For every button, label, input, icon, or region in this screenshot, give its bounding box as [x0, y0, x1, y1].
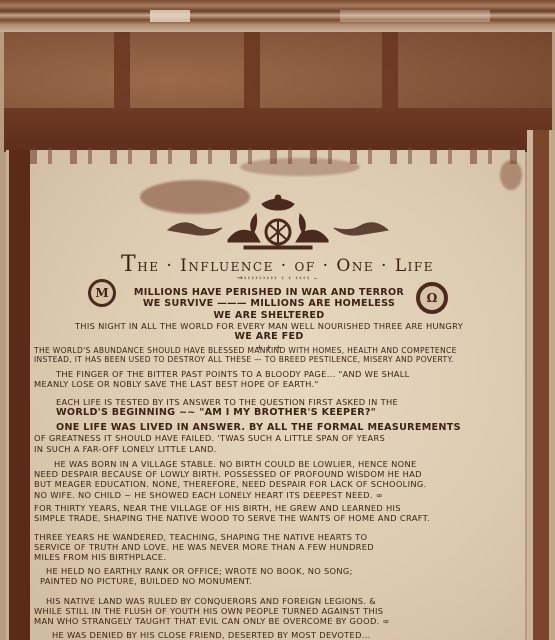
lamp-peacocks-chi-rho-icon — [158, 190, 398, 252]
dark-wall-header — [4, 32, 552, 152]
paragraph-line: world's beginning ~~ "Am I my brother's … — [34, 407, 504, 418]
arrow-rule: →››››››››› ‹ ‹ ‹‹‹‹ – — [0, 274, 555, 282]
paragraph-line: instead, it has been used to destroy all… — [34, 355, 504, 364]
top-frame-strip — [0, 0, 555, 32]
intro-block: Millions have perished in war and terror… — [34, 287, 504, 352]
paragraph: The finger of the bitter past points to … — [34, 369, 504, 389]
paragraph: Each life is tested by its answer to the… — [34, 397, 504, 419]
paragraph-line: One life was lived in answer. By all the… — [34, 422, 504, 433]
paragraph-line: Each life is tested by its answer to the… — [34, 397, 504, 407]
stain — [240, 158, 360, 176]
intro-line: We are sheltered — [34, 310, 504, 321]
paragraph-line: The finger of the bitter past points to … — [34, 369, 504, 379]
paragraph-line: For thirty years, near the village of Hi… — [34, 503, 504, 513]
paragraph-line: while still in the flush of youth His ow… — [34, 606, 504, 616]
paragraph-line: His native land was ruled by conquerors … — [34, 596, 504, 606]
paragraph: Three years He wandered, teaching, shapi… — [34, 532, 504, 563]
paragraph: He was born in a village stable. No birt… — [34, 459, 504, 500]
title-rest: he · Influence · of · One · Life — [137, 256, 434, 276]
paragraph-line: Man who strangely taught that evil can o… — [34, 616, 504, 626]
paragraph: One life was lived in answer. By all the… — [34, 422, 504, 454]
paragraph-line: but meager education. None, therefore, n… — [34, 479, 504, 489]
paragraph-line: No wife. No child ~ He showed each lonel… — [34, 490, 504, 500]
paragraph-line: of greatness it should have failed. 'Twa… — [34, 433, 504, 443]
paragraph: He held no earthly rank or office; wrote… — [34, 566, 504, 586]
paragraph-line: Three years He wandered, teaching, shapi… — [34, 532, 504, 542]
paragraph-line: need despair because of lowly birth. Pos… — [34, 469, 504, 479]
light-patch — [150, 10, 190, 22]
intro-line: Millions have perished in war and terror — [34, 287, 504, 298]
light-patch — [340, 10, 490, 22]
paragraph-line: He was born in a village stable. No birt… — [34, 459, 504, 469]
paragraph: His native land was ruled by conquerors … — [34, 596, 504, 627]
paragraph-line: meanly lose or nobly save the last best … — [34, 379, 504, 389]
intro-line: We survive ——— Millions are homeless — [34, 298, 504, 309]
intro-line: We are fed — [34, 331, 504, 342]
paragraph-line: He held no earthly rank or office; wrote… — [34, 566, 504, 576]
paragraph-line: simple trade, shaping the native wood to… — [34, 513, 504, 523]
paragraph-line: painted no picture, builded no monument. — [34, 576, 504, 586]
paragraph-line: service of truth and love. He was never … — [34, 542, 504, 552]
paragraph-line: He was denied by His close friend, deser… — [34, 630, 504, 640]
decorative-ornament — [0, 190, 555, 252]
paragraph-line: miles from His birthplace. — [34, 552, 504, 562]
stain — [500, 160, 522, 190]
intro-line: This night in all the world for every ma… — [34, 321, 504, 331]
paragraph: The world's abundance should have blesse… — [34, 346, 504, 365]
paragraph: For thirty years, near the village of Hi… — [34, 503, 504, 523]
paragraph: He was denied by His close friend, deser… — [34, 630, 504, 640]
paragraph-line: in such a far-off lonely little land. — [34, 444, 504, 454]
paragraph-line: The world's abundance should have blesse… — [34, 346, 504, 355]
wall-band — [4, 108, 552, 152]
